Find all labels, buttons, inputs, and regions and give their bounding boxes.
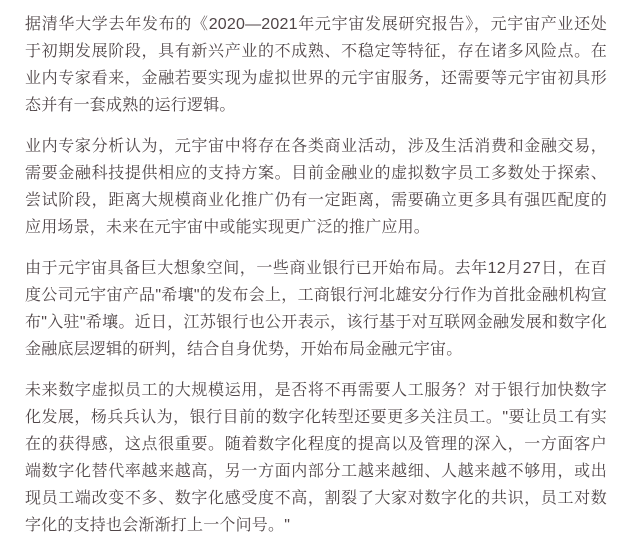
article-body: 据清华大学去年发布的《2020—2021年元宇宙发展研究报告》，元宇宙产业还处于… [0, 0, 631, 541]
article-paragraph-2: 业内专家分析认为，元宇宙中将存在各类商业活动，涉及生活消费和金融交易，需要金融科… [25, 133, 607, 241]
article-paragraph-4: 未来数字虚拟员工的大规模运用，是否将不再需要人工服务？对于银行加快数字化发展，杨… [25, 377, 607, 539]
article-paragraph-3: 由于元宇宙具备巨大想象空间，一些商业银行已开始布局。去年12月27日，在百度公司… [25, 255, 607, 363]
article-paragraph-1: 据清华大学去年发布的《2020—2021年元宇宙发展研究报告》，元宇宙产业还处于… [25, 11, 607, 119]
